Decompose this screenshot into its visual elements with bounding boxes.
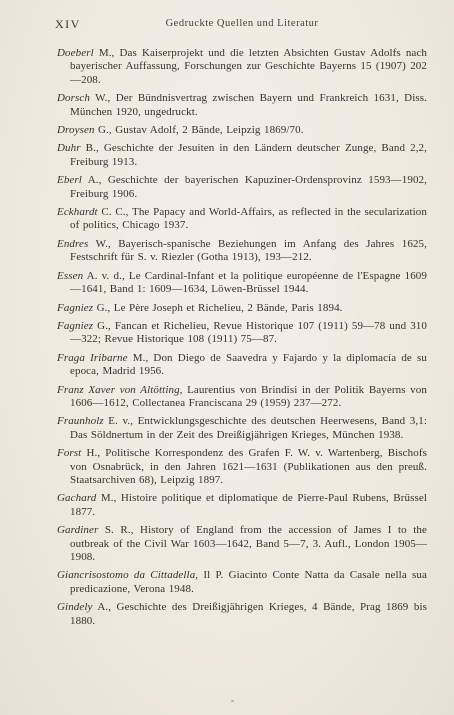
bibliography-entry: Forst H., Politische Korrespondenz des G… [57, 447, 427, 487]
running-head: Gedruckte Quellen und Literatur [57, 18, 427, 29]
page-header: XIV Gedruckte Quellen und Literatur [57, 17, 427, 31]
entry-text: A., Geschichte des Dreißigjährigen Krieg… [70, 601, 427, 626]
entry-author: Doeberl [57, 47, 94, 59]
entry-author: Gindely [57, 601, 93, 613]
entry-author: Essen [57, 270, 83, 282]
entry-author: Dorsch [57, 92, 90, 104]
bibliography-entry: Eberl A., Geschichte der bayerischen Kap… [57, 174, 427, 201]
entry-text: W., Bayerisch-spanische Beziehungen im A… [70, 238, 427, 263]
bibliography-entry: Gindely A., Geschichte des Dreißigjährig… [57, 601, 427, 628]
entry-text: G., Gustav Adolf, 2 Bände, Leipzig 1869/… [95, 124, 304, 136]
bibliography-entry: Endres W., Bayerisch-spanische Beziehung… [57, 238, 427, 265]
bibliography-entry: Gachard M., Histoire politique et diplom… [57, 492, 427, 519]
book-page: XIV Gedruckte Quellen und Literatur Doeb… [0, 0, 454, 715]
entry-author: Duhr [57, 142, 81, 154]
entry-author: Eckhardt [57, 206, 98, 218]
entry-author: Droysen [57, 124, 95, 136]
entry-text: C. C., The Papacy and World-Affairs, as … [70, 206, 427, 231]
entry-author: Forst [57, 447, 81, 459]
entry-author: Fraunholz [57, 415, 104, 427]
scan-speckle [231, 700, 234, 702]
entry-text: H., Politische Korrespondenz des Grafen … [70, 447, 427, 486]
entry-text: E. v., Entwicklungsgeschichte des deutsc… [70, 415, 427, 440]
bibliography-entry: Gardiner S. R., History of England from … [57, 524, 427, 564]
bibliography-entry: Duhr B., Geschichte der Jesuiten in den … [57, 142, 427, 169]
entry-text: G., Le Père Joseph et Richelieu, 2 Bände… [93, 302, 342, 314]
bibliography-entry: Fagniez G., Fancan et Richelieu, Revue H… [57, 320, 427, 347]
entry-author: Fagniez [57, 320, 93, 332]
entry-author: Giancrisostomo da Cittadella, [57, 569, 198, 581]
bibliography-entry: Fraga Iribarne M., Don Diego de Saavedra… [57, 352, 427, 379]
entry-author: Eberl [57, 174, 82, 186]
entry-text: W., Der Bündnisvertrag zwischen Bayern u… [70, 92, 427, 117]
entry-text: M., Histoire politique et diplomatique d… [70, 492, 427, 517]
entry-author: Franz Xaver von Altötting, [57, 384, 183, 396]
bibliography-entry: Fagniez G., Le Père Joseph et Richelieu,… [57, 302, 427, 315]
entry-text: A., Geschichte der bayerischen Kapuziner… [70, 174, 427, 199]
bibliography-entry: Giancrisostomo da Cittadella, Il P. Giac… [57, 569, 427, 596]
entry-text: B., Geschichte der Jesuiten in den Lände… [70, 142, 427, 167]
entry-author: Fraga Iribarne [57, 352, 128, 364]
bibliography-entry: Franz Xaver von Altötting, Laurentius vo… [57, 384, 427, 411]
entry-text: G., Fancan et Richelieu, Revue Historiqu… [70, 320, 427, 345]
bibliography-entry: Eckhardt C. C., The Papacy and World-Aff… [57, 206, 427, 233]
entry-author: Endres [57, 238, 88, 250]
bibliography-list: Doeberl M., Das Kaiserprojekt und die le… [57, 47, 427, 628]
entry-text: S. R., History of England from the acces… [70, 524, 427, 563]
entry-author: Gardiner [57, 524, 98, 536]
entry-text: M., Das Kaiserprojekt und die letzten Ab… [70, 47, 427, 86]
entry-author: Fagniez [57, 302, 93, 314]
bibliography-entry: Dorsch W., Der Bündnisvertrag zwischen B… [57, 92, 427, 119]
entry-author: Gachard [57, 492, 96, 504]
bibliography-entry: Essen A. v. d., Le Cardinal-Infant et la… [57, 270, 427, 297]
bibliography-entry: Droysen G., Gustav Adolf, 2 Bände, Leipz… [57, 124, 427, 137]
entry-text: A. v. d., Le Cardinal-Infant et la polit… [70, 270, 427, 295]
bibliography-entry: Doeberl M., Das Kaiserprojekt und die le… [57, 47, 427, 87]
bibliography-entry: Fraunholz E. v., Entwicklungsgeschichte … [57, 415, 427, 442]
